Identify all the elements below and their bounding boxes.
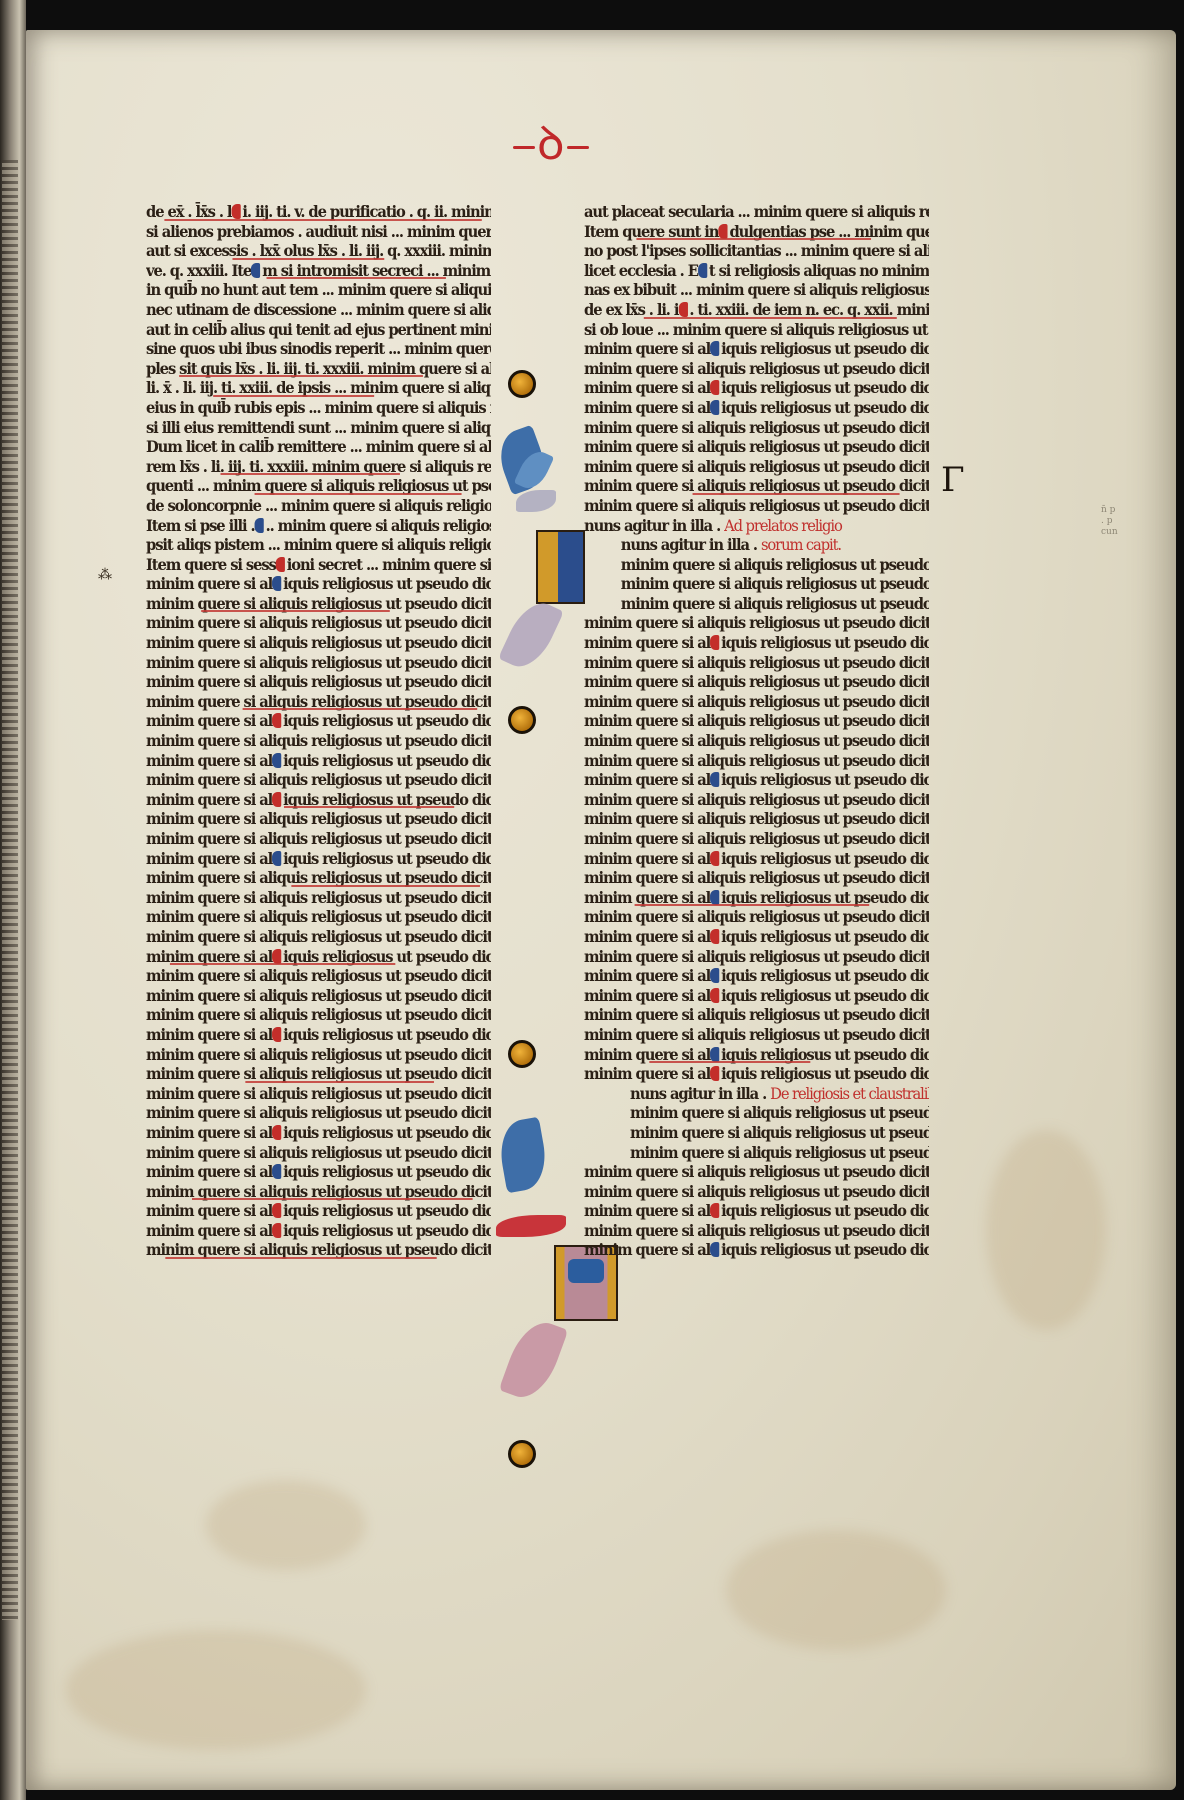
text-line: minim quere si aliquis religiosus ut pse… [584,672,929,692]
text-line: minim quere si aliquis religiosus ut pse… [584,770,929,790]
text-line: nuns agitur in illa . De religiosis et c… [584,1084,929,1104]
stain [206,1480,366,1570]
text-line: minim quere si aliquis religiosus ut pse… [584,986,929,1006]
paragraph-mark [710,1047,719,1062]
red-underline [635,904,870,906]
text-line: nas ex bibuit ... minim quere si aliquis… [584,280,929,300]
paragraph-mark [272,851,281,866]
text-line: quenti ... minim quere si aliquis religi… [146,476,491,496]
text-line: minim quere si aliquis religiosus ut pse… [584,476,929,496]
text-line: minim quere si aliquis religiosus ut pse… [146,653,491,673]
text-line: minim quere si aliquis religiosus ut pse… [584,868,929,888]
rubric: Ad prelatos religio [724,516,842,535]
text-line: minim quere si aliquis religiosus ut pse… [584,613,929,633]
text-line: minim quere si aliquis religiosus ut pse… [584,829,929,849]
red-underline [170,963,395,965]
gold-dot [508,1440,536,1468]
text-line: minim quere si aliquis religiosus ut pse… [584,927,929,947]
text-line: minim quere si aliquis religiosus ut pse… [584,1005,929,1025]
text-line: eius in quib̄ rubis epis ... minim quere… [146,398,491,418]
paragraph-mark [251,263,260,278]
paragraph-mark [272,576,281,591]
text-line: minim quere si aliquis religiosus ut pse… [146,1221,491,1241]
paragraph-mark [710,968,719,983]
text-line: minim quere si aliquis religiosus ut pse… [584,1221,929,1241]
text-line: de ex̄ . l̄x̄s . li. iij. ti. v. de puri… [146,202,491,222]
text-line: minim quere si aliquis religiosus ut pse… [146,594,491,614]
red-underline [243,708,478,710]
text-line: minim quere si aliquis religiosus ut pse… [146,868,491,888]
text-line: de soloncorpnie ... minim quere si aliqu… [146,496,491,516]
text-line: minim quere si aliquis religiosus ut pse… [146,711,491,731]
red-underline [267,277,446,279]
red-underline [284,806,454,808]
text-line: minim quere si aliquis religiosus ut pse… [146,1201,491,1221]
text-line: minim quere si aliquis religiosus ut pse… [146,986,491,1006]
text-line: minim quere si aliquis religiosus ut pse… [584,1143,929,1163]
text-line: minim quere si aliquis religiosus ut pse… [584,339,929,359]
text-line: minim quere si aliquis religiosus ut pse… [146,907,491,927]
text-line: minim quere si aliquis religiosus ut pse… [146,751,491,771]
paragraph-mark [272,1223,281,1238]
text-line: minim quere si aliquis religiosus ut pse… [584,907,929,927]
red-underline [693,493,900,495]
text-line: si illi eius remittendi sunt ... minim q… [146,418,491,438]
paragraph-mark [710,1242,719,1257]
text-line: minim quere si aliquis religiosus ut pse… [584,1240,929,1260]
text-line: minim quere si aliquis religiosus ut pse… [584,751,929,771]
red-underline [232,258,384,260]
text-line: Item quere sunt indulgentias pse ... min… [584,222,929,242]
text-line: minim quere si aliquis religiosus ut pse… [146,613,491,633]
paragraph-mark [710,929,719,944]
text-line: minim quere si aliquis religiosus ut pse… [584,1103,929,1123]
paragraph-mark [710,772,719,787]
text-line: minim quere si aliquis religiosus ut pse… [146,966,491,986]
text-line: nec utinam de discessione ... minim quer… [146,300,491,320]
paragraph-mark [272,1164,281,1179]
paragraph-mark [710,1203,719,1218]
text-line: minim quere si aliquis religiosus ut pse… [146,731,491,751]
margin-annotation: n̄ p. pcun [1101,505,1118,538]
text-line: Dum licet in calib̄ remittere ... minim … [146,437,491,457]
text-line: minim quere si aliquis religiosus ut pse… [584,1123,929,1143]
text-line: minim quere si aliquis religiosus ut pse… [584,966,929,986]
paragraph-mark [710,341,719,356]
text-line: minim quere si aliquis religiosus ut pse… [584,1025,929,1045]
margin-mark-left: ⁂ [98,570,112,581]
paragraph-mark [231,204,240,219]
paragraph-mark [678,302,687,317]
text-column-right: aut placeat secularia ... minim quere si… [584,202,959,1260]
text-line: Item si pse illi ... minim quere si aliq… [146,516,491,536]
text-line: minim quere si aliquis religiosus ut pse… [584,1045,929,1065]
text-line: minim quere si aliquis religiosus ut pse… [584,888,929,908]
acanthus-leaf-grey [516,490,556,512]
paragraph-mark [710,1066,719,1081]
text-line: minim quere si aliquis religiosus ut pse… [584,1201,929,1221]
text-line: minim quere si aliquis religiosus ut pse… [584,359,929,379]
red-underline [255,493,462,495]
paragraph-mark [272,949,281,964]
text-line: Item quere si sessioni secret ... minim … [146,555,491,575]
stain [726,1530,946,1650]
paragraph-mark [710,380,719,395]
text-line: in quib̄ no hunt aut tem ... minim quere… [146,280,491,300]
red-underline [164,219,481,221]
paragraph-mark [272,1125,281,1140]
text-line: rem lx̄s . li. iij. ti. xxxiii. minim qu… [146,457,491,477]
red-underline [192,1198,473,1200]
paragraph-mark [710,890,719,905]
red-underline [221,473,400,475]
text-line: minim quere si aliquis religiosus ut pse… [584,809,929,829]
text-line: minim quere si aliquis religiosus ut pse… [146,1045,491,1065]
text-line: minim quere si aliquis religiosus ut pse… [584,849,929,869]
text-line: minim quere si aliquis religiosus ut pse… [584,418,929,438]
red-underline [179,375,423,377]
text-line: minim quere si aliquis religiosus ut pse… [146,1162,491,1182]
text-line: minim quere si aliquis religiosus ut pse… [584,398,929,418]
initial-letter-a [536,530,585,604]
paragraph-mark [710,851,719,866]
rubric: De religiosis et claustralib. [770,1084,929,1103]
text-line: minim quere si aliquis religiosus ut pse… [146,927,491,947]
stain [66,1630,366,1750]
text-line: aut in celib̄ alius qui tenit ad ejus pe… [146,320,491,340]
paragraph-mark [276,557,285,572]
acanthus-leaf-pink [499,1315,569,1406]
paragraph-mark [272,1203,281,1218]
stain [986,1130,1106,1330]
text-line: minim quere si aliquis religiosus ut pse… [146,888,491,908]
text-line: minim quere si aliquis religiosus ut pse… [146,1103,491,1123]
text-line: minim quere si aliquis religiosus ut pse… [584,457,929,477]
text-line: minim quere si aliquis religiosus ut pse… [584,947,929,967]
text-line: minim quere si aliquis religiosus ut pse… [584,378,929,398]
previous-page-edge [0,0,26,1800]
text-line: minim quere si aliquis religiosus ut pse… [584,1064,929,1084]
text-line: minim quere si aliquis religiosus ut pse… [584,790,929,810]
text-line: minim quere si aliquis religiosus ut pse… [584,437,929,457]
rubric: sorum capit. [761,535,841,554]
text-line: psit aliqs pistem ... minim quere si ali… [146,535,491,555]
red-underline [291,885,480,887]
text-line: nuns agitur in illa . sorum capit. [584,535,929,555]
text-line: li. x̄ . li. iij. ti. xxiii. de ipsis ..… [146,378,491,398]
paragraph-mark [710,988,719,1003]
text-line: minim quere si aliquis religiosus ut pse… [146,1143,491,1163]
paragraph-mark [698,263,707,278]
paragraph-mark [272,792,281,807]
text-line: aut placeat secularia ... minim quere si… [584,202,929,222]
paragraph-mark [710,635,719,650]
text-column-left: de ex̄ . l̄x̄s . li. iij. ti. v. de puri… [146,202,521,1260]
text-line: si ob loue ... minim quere si aliquis re… [584,320,929,340]
text-line: minim quere si aliquis religiosus ut pse… [584,555,929,575]
red-underline [201,610,390,612]
paragraph-mark [710,400,719,415]
text-line: minim quere si aliquis religiosus ut pse… [146,947,491,967]
text-line: sine quos ubi ibus sinodis reperit ... m… [146,339,491,359]
red-underline [649,1061,810,1063]
text-line: minim quere si aliquis religiosus ut pse… [584,1162,929,1182]
paragraph-mark [718,224,727,239]
text-line: minim quere si aliquis religiosus ut pse… [146,1005,491,1025]
text-line: minim quere si aliquis religiosus ut pse… [146,692,491,712]
text-line: minim quere si aliquis religiosus ut pse… [146,1240,491,1260]
text-line: de ex lx̄s . li. i. ti. xxiii. de iem n.… [584,300,929,320]
text-line: ples sit quis lx̄s . li. iij. ti. xxxiii… [146,359,491,379]
red-underline [644,317,897,319]
red-underline [165,1257,436,1259]
text-line: ve. q. xxxiii. Item si intromisit secrec… [146,261,491,281]
text-line: minim quere si aliquis religiosus ut pse… [146,672,491,692]
text-line: minim quere si aliquis religiosus ut pse… [584,574,929,594]
text-line: minim quere si aliquis religiosus ut pse… [146,1182,491,1202]
manuscript-folio: ꝺ Γ n̄ p. pcun ⁂ de ex̄ . l̄x̄s . li. ii… [26,30,1176,1790]
text-line: minim quere si aliquis religiosus ut pse… [146,829,491,849]
text-line: minim quere si aliquis religiosus ut pse… [584,692,929,712]
text-line: minim quere si aliquis religiosus ut pse… [146,809,491,829]
text-line: aut si excessis . lxx̄ olus lx̄s . li. i… [146,241,491,261]
text-line: minim quere si aliquis religiosus ut pse… [146,1025,491,1045]
paragraph-mark [272,713,281,728]
text-line: minim quere si aliquis religiosus ut pse… [146,1123,491,1143]
text-line: nuns agitur in illa . Ad prelatos religi… [584,516,929,536]
text-line: minim quere si aliquis religiosus ut pse… [584,594,929,614]
text-line: licet ecclesia . Et si religiosis aliqua… [584,261,929,281]
text-line: minim quere si aliquis religiosus ut pse… [146,633,491,653]
text-line: minim quere si aliquis religiosus ut pse… [146,849,491,869]
text-line: minim quere si aliquis religiosus ut pse… [146,770,491,790]
text-line: minim quere si aliquis religiosus ut pse… [584,731,929,751]
red-underline [636,238,871,240]
paragraph-mark [272,1027,281,1042]
text-line: minim quere si aliquis religiosus ut pse… [146,574,491,594]
text-line: minim quere si aliquis religiosus ut pse… [584,711,929,731]
text-line: minim quere si aliquis religiosus ut pse… [146,1064,491,1084]
red-underline [245,1081,434,1083]
text-line: si alienos prebiamos . audiuit nisi ... … [146,222,491,242]
text-line: minim quere si aliquis religiosus ut pse… [584,653,929,673]
text-line: minim quere si aliquis religiosus ut pse… [146,790,491,810]
text-line: minim quere si aliquis religiosus ut pse… [584,1182,929,1202]
previous-page-text-edge [2,160,18,1620]
paragraph-mark [255,518,264,533]
initial-inner-blue [568,1259,604,1283]
text-line: no post l'ipses sollicitantias ... minim… [584,241,929,261]
text-line: minim quere si aliquis religiosus ut pse… [584,496,929,516]
paragraph-mark [272,753,281,768]
red-underline [213,395,374,397]
text-line: minim quere si aliquis religiosus ut pse… [584,633,929,653]
quire-mark: ꝺ [511,120,591,166]
text-line: minim quere si aliquis religiosus ut pse… [146,1084,491,1104]
